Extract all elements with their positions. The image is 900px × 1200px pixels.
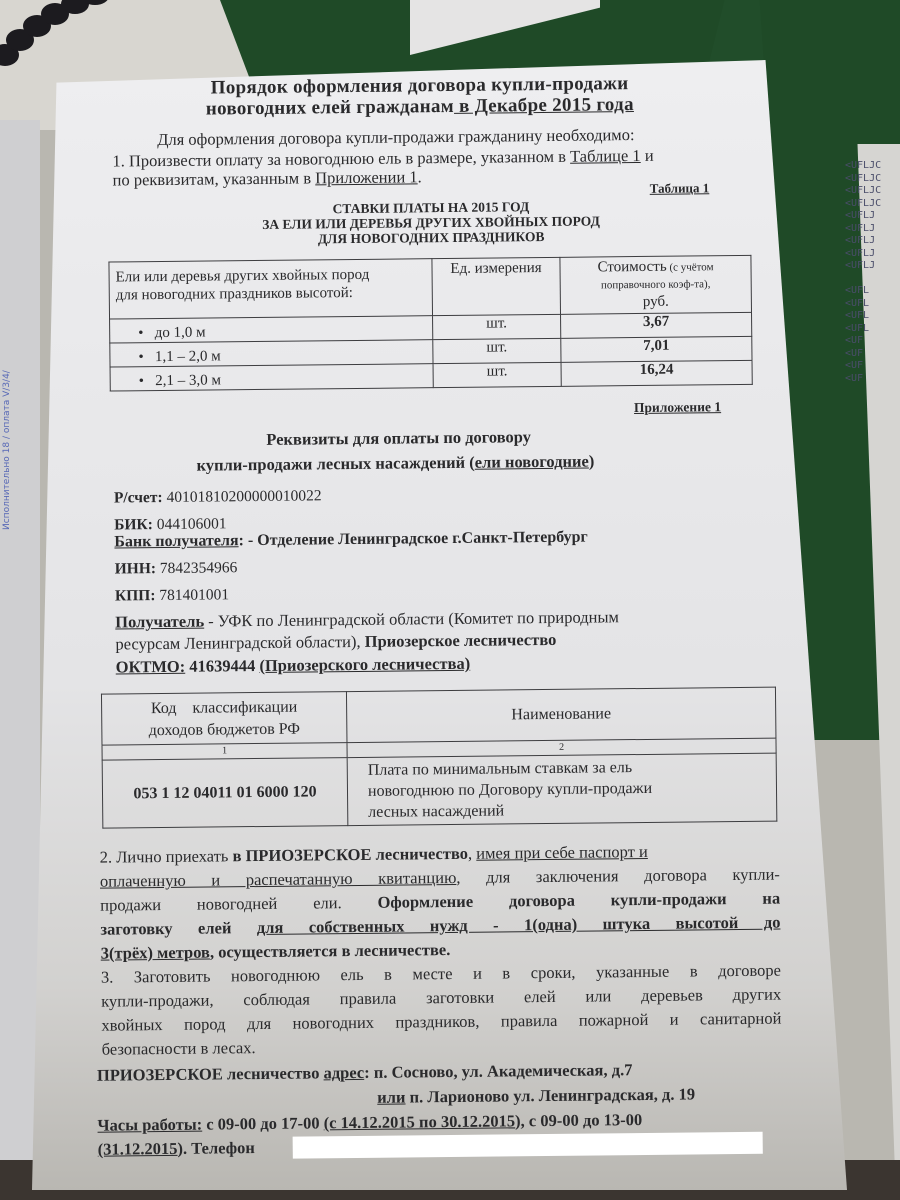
oktmo-label: ОКТМО: <box>116 657 186 677</box>
step2-receipt: оплаченную и распечатанную квитанцию <box>100 868 457 891</box>
account-value: 40101810200000010022 <box>163 487 322 506</box>
address-1: : п. Сосново, ул. Академическая, д.7 <box>364 1060 632 1082</box>
rates-table-title: СТАВКИ ПЛАТЫ НА 2015 ГОД ЗА ЕЛИ ИЛИ ДЕРЕ… <box>241 198 621 247</box>
kpp-value: 781401001 <box>155 586 229 604</box>
header-cost-unit: руб. <box>567 293 745 312</box>
step2-limit: для собственных нужд - 1(одна) штука выс… <box>257 913 781 937</box>
header-height-line-2: для новогодних праздников высотой: <box>116 283 426 304</box>
bank-value: : - Отделение Ленинградское г.Санкт-Пете… <box>238 529 587 550</box>
rates-table: Ели или деревья других хвойных пород для… <box>108 255 752 392</box>
appendix-label: Приложение 1 <box>634 399 721 416</box>
step2-comma: , <box>468 844 476 863</box>
account-field: Р/счет: 40101810200000010022 <box>114 487 322 507</box>
step-3: 3. Заготовить новогоднюю ель в месте и в… <box>101 959 782 1062</box>
bullet-icon: • <box>138 325 143 341</box>
inn-field: ИНН: 7842354966 <box>115 559 238 578</box>
table1-reference[interactable]: Таблице 1 <box>570 146 641 166</box>
row-height: • 2,1 – 3,0 м <box>110 364 433 391</box>
step1-text-2: по реквизитам, указанным в <box>112 168 315 189</box>
kbk-code: 053 1 12 04011 01 6000 120 <box>102 758 348 829</box>
table1-label: Таблица 1 <box>650 180 710 197</box>
step-2: 2. Лично приехать в ПРИОЗЕРСКОЕ лесничес… <box>100 839 781 966</box>
row-cost: 7,01 <box>561 336 752 362</box>
title-line-2: новогодних елей гражданам в Декабре 2015… <box>185 94 655 120</box>
address-label: адрес <box>323 1063 364 1082</box>
step1-text-end: и <box>641 146 654 165</box>
row-height: • до 1,0 м <box>110 316 433 343</box>
office-address-alt: или п. Ларионово ул. Ленинградская, д. 1… <box>377 1084 695 1107</box>
step2-location: в ПРИОЗЕРСКОЕ лесничество <box>232 844 468 865</box>
working-hours: Часы работы: с 09-00 до 17-00 (с 14.12.2… <box>97 1110 642 1136</box>
step2-purpose: , для заключения договора купли- <box>456 865 780 887</box>
header-code-line-1: Код классификации <box>108 696 340 720</box>
rates-table-header: Ели или деревья других хвойных пород для… <box>109 255 752 319</box>
recipient-label: Получатель <box>115 612 204 632</box>
inn-label: ИНН: <box>115 560 157 577</box>
hours-short: ), с 09-00 до 13-00 <box>515 1110 642 1130</box>
row-cost: 3,67 <box>561 312 752 338</box>
header-name: Наименование <box>346 687 776 742</box>
address-2: п. Ларионово ул. Ленинградская, д. 19 <box>405 1084 695 1106</box>
appendix-title-text: купли-продажи лесных насаждений <box>196 453 469 475</box>
bik-label: БИК: <box>114 516 153 533</box>
header-height: Ели или деревья других хвойных пород для… <box>109 259 433 319</box>
phone-redaction <box>293 1132 763 1159</box>
row-unit: шт. <box>433 338 561 363</box>
row-height: • 1,1 – 2,0 м <box>110 340 433 367</box>
kpp-field: КПП: 781401001 <box>115 586 229 605</box>
recipient-value-1: - УФК по Ленинградской области (Комитет … <box>204 607 619 630</box>
row-cost: 16,24 <box>561 360 752 386</box>
step2-text-4: заготовку елей <box>100 918 257 939</box>
recipient-field-line-2: ресурсам Ленинградской области), Приозер… <box>115 630 556 655</box>
kbk-name-line-3: лесных насаждений <box>368 798 770 823</box>
office-word: лесничество <box>223 1063 324 1083</box>
step2-text-5: , осуществляется в лесничестве. <box>210 940 451 962</box>
kbk-table: Код классификации доходов бюджетов РФ На… <box>101 687 777 829</box>
document-title: Порядок оформления договора купли-продаж… <box>185 73 655 120</box>
table-row: 053 1 12 04011 01 6000 120 Плата по мини… <box>102 753 777 828</box>
appendix-title-underlined: ели новогодние <box>475 452 589 472</box>
kpp-label: КПП: <box>115 587 156 604</box>
hours-label: Часы работы: <box>97 1115 202 1135</box>
or-label: или <box>377 1087 405 1106</box>
step1-line2: по реквизитам, указанным в Приложении 1. <box>112 167 421 190</box>
row-height-value: 2,1 – 3,0 м <box>155 372 221 389</box>
oktmo-field: ОКТМО: 41639444 (Приозерского лесничеств… <box>116 654 471 678</box>
header-cost-main: Стоимость <box>597 259 666 276</box>
row-height-value: до 1,0 м <box>155 325 206 342</box>
bullet-icon: • <box>138 349 143 365</box>
header-code-line-2: доходов бюджетов РФ <box>108 718 340 742</box>
bik-value: 044106001 <box>153 515 227 533</box>
header-cost-note-1: (с учётом <box>667 261 714 273</box>
header-unit: Ед. измерения <box>432 257 561 315</box>
hours-regular: с 09-00 до 17-00 <box>202 1113 324 1133</box>
header-code: Код классификации доходов бюджетов РФ <box>101 692 347 746</box>
office-name: ПРИОЗЕРСКОЕ <box>97 1064 223 1084</box>
step2-passport: имея при себе паспорт и <box>476 842 648 863</box>
step2-text-3: продажи новогодней ели. <box>100 893 378 915</box>
title-date: в Декабре 2015 года <box>454 94 634 117</box>
step1-text: 1. Произвести оплату за новогоднюю ель в… <box>112 147 570 171</box>
appendix1-reference[interactable]: Приложении 1 <box>315 167 418 187</box>
bank-field: Банк получателя: - Отделение Ленинградск… <box>114 529 588 552</box>
header-cost-note-2: поправочного коэф-та), <box>567 276 745 295</box>
paren-close: ) <box>589 451 595 470</box>
row-unit: шт. <box>433 362 561 387</box>
inn-value: 7842354966 <box>156 559 238 577</box>
step2-text: 2. Лично приехать <box>100 846 233 866</box>
bank-label: Банк получателя <box>114 532 238 550</box>
phone-line: (31.12.2015). Телефон <box>98 1138 255 1160</box>
step2-bold-3: Оформление договора купли-продажи на <box>377 889 780 912</box>
recipient-value-2: ресурсам Ленинградской области), <box>115 632 364 654</box>
appendix-title-line-1: Реквизиты для оплаты по договору <box>266 427 531 450</box>
header-cost: Стоимость (с учётом поправочного коэф-та… <box>560 255 752 314</box>
recipient-forestry: Приозерское лесничество <box>365 630 557 651</box>
document-content: Порядок оформления договора купли-продаж… <box>0 0 900 1200</box>
account-label: Р/счет: <box>114 489 163 507</box>
row-height-value: 1,1 – 2,0 м <box>155 348 221 365</box>
step2-height-limit: 3(трёх) метров <box>101 943 210 963</box>
oktmo-note: (Приозерского лесничества) <box>259 654 470 675</box>
recipient-field: Получатель - УФК по Ленинградской област… <box>115 607 619 632</box>
bullet-icon: • <box>139 373 144 389</box>
hours-date-2: (31.12.2015 <box>98 1139 178 1159</box>
phone-label: ). Телефон <box>177 1138 255 1158</box>
step1-period: . <box>418 167 422 186</box>
office-address: ПРИОЗЕРСКОЕ лесничество адрес: п. Соснов… <box>97 1060 633 1086</box>
kbk-name: Плата по минимальным ставкам за ель ново… <box>347 753 777 825</box>
appendix-title-line-2: купли-продажи лесных насаждений (ели нов… <box>196 451 594 475</box>
row-unit: шт. <box>433 314 561 339</box>
hours-period: (с 14.12.2015 по 30.12.2015 <box>324 1111 516 1132</box>
title-line-2-text: новогодних елей гражданам <box>206 96 454 120</box>
oktmo-value: 41639444 <box>185 656 259 676</box>
kbk-table-header: Код классификации доходов бюджетов РФ На… <box>101 687 775 745</box>
